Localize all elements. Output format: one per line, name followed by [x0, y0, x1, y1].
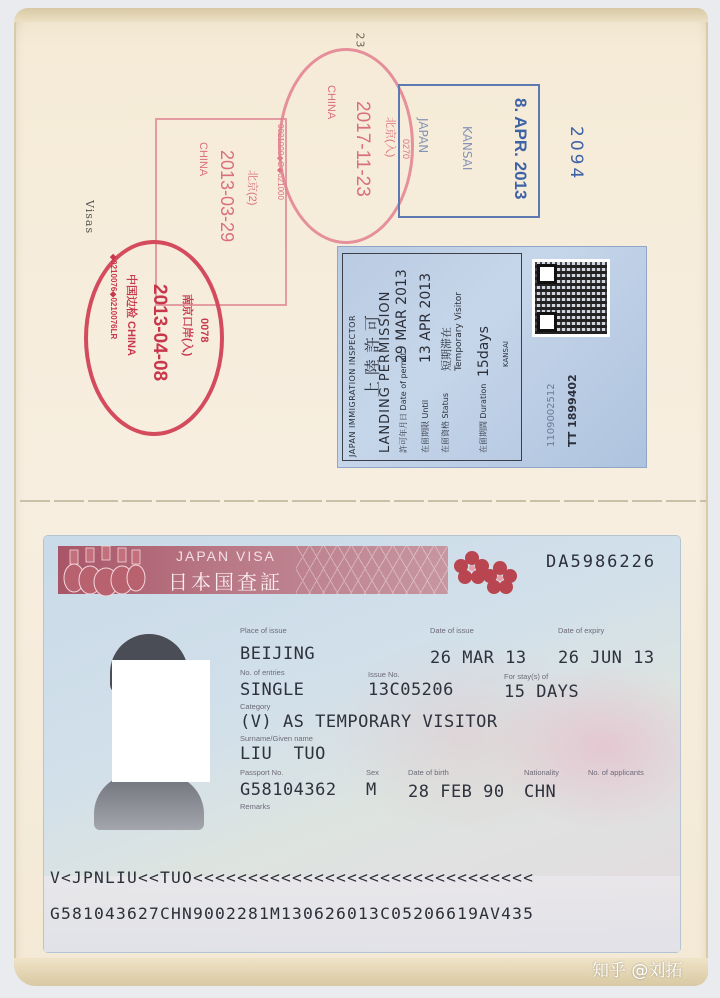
stamp-text: ◆0210076◆0210076LR: [109, 254, 118, 339]
status-jp: 短期滞在: [438, 327, 454, 371]
banner-title-jp: 日本国査証: [168, 566, 283, 595]
stamp-text: 北京(2): [245, 170, 261, 205]
date-of-permit-label: 許可年月日 Date of permit: [398, 352, 409, 453]
no-of-entries-value: SINGLE: [240, 680, 304, 700]
issue-no-value: 13C05206: [368, 680, 454, 700]
page-fold-line: [20, 500, 706, 502]
sex-value: M: [366, 780, 377, 800]
landing-title-en: LANDING PERMISSION: [378, 291, 393, 453]
stamp-date: 2017-11-23: [351, 101, 373, 197]
stamp-date: 2013-03-29: [216, 150, 237, 242]
stamp-text: 中国边检 CHINA: [124, 274, 140, 356]
for-stay-value: 15 DAYS: [504, 682, 579, 702]
status-en: Temporary Visitor: [454, 292, 464, 371]
japan-arrival-stamp: JAPAN KANSAI 8. APR. 2013 2094: [398, 84, 540, 218]
date-of-issue-label: Date of issue: [430, 626, 474, 635]
category-label: Category: [240, 702, 270, 711]
landing-header: JAPAN IMMIGRATION INSPECTOR: [348, 315, 357, 457]
for-stay-label: For stay(s) of: [504, 672, 548, 681]
duration: 15days: [476, 326, 492, 377]
stamp-text: 南京口岸(入): [180, 294, 196, 356]
banner-title-en: JAPAN VISA: [176, 548, 276, 564]
place-of-issue-value: BEIJING: [240, 644, 315, 664]
holder-photo: [94, 634, 204, 830]
china-border-stamp-oval-bottom: 2013-04-08 中国边检 CHINA 南京口岸(入) 0078 ◆0210…: [84, 240, 224, 436]
paulownia-crest-icon: [60, 544, 146, 596]
name-value: LIU TUO: [240, 744, 326, 764]
landing-permission-sticker: JAPAN IMMIGRATION INSPECTOR 上陸許可 LANDING…: [337, 246, 647, 468]
visas-label: Visas: [83, 200, 96, 234]
date-of-birth-value: 28 FEB 90: [408, 782, 505, 802]
stamp-text: JAPAN: [416, 118, 430, 153]
page-number-top: 23: [354, 33, 367, 49]
passport-no-value: G58104362: [240, 780, 337, 800]
status-label: 在留資格 Status: [440, 393, 451, 453]
stamp-text: 0078: [198, 318, 210, 342]
serial-small: 1109002512: [546, 383, 557, 447]
japan-visa-sticker: JAPAN VISA 日本国査証 DA5986226 Place of issu…: [44, 536, 680, 952]
banner-pattern: [296, 546, 448, 594]
date-of-issue-value: 26 MAR 13: [430, 648, 527, 668]
until-date: 13 APR 2013: [418, 273, 434, 363]
date-of-expiry-value: 26 JUN 13: [558, 648, 655, 668]
category-value: (V) AS TEMPORARY VISITOR: [240, 712, 498, 732]
place-of-issue-label: Place of issue: [240, 626, 287, 635]
until-label: 在留期限 Until: [420, 400, 431, 453]
stamp-text: KANSAI: [460, 126, 474, 170]
date-of-birth-label: Date of birth: [408, 768, 449, 777]
visa-number: DA5986226: [546, 552, 656, 572]
date-of-expiry-label: Date of expiry: [558, 626, 604, 635]
qr-code: [532, 259, 610, 337]
stamp-text: 北京(入): [383, 117, 399, 157]
name-label: Surname/Given name: [240, 734, 313, 743]
stamp-date: 8. APR. 2013: [510, 98, 530, 199]
stamp-date: 2013-04-08: [148, 284, 170, 381]
date-of-permit: 29 MAR 2013: [394, 269, 410, 363]
mrz-line-2: G581043627CHN9002281M130626013C05206619A…: [50, 904, 534, 923]
stamp-text: CHINA: [325, 85, 337, 119]
stamp-number: 2094: [566, 126, 586, 181]
port-of-entry: KANSAI: [502, 341, 510, 367]
photo-redaction: [112, 660, 210, 782]
serial-number: TT 1899402: [566, 374, 579, 447]
sex-label: Sex: [366, 768, 379, 777]
cherry-blossom-icon: [452, 546, 522, 596]
duration-label: 在留期間 Duration: [478, 384, 489, 453]
remarks-label: Remarks: [240, 802, 270, 811]
nationality-label: Nationality: [524, 768, 559, 777]
page-top-edge: [14, 8, 708, 22]
nationality-value: CHN: [524, 782, 556, 802]
china-border-stamp-oval-top: 2017-11-23 CHINA 北京(入) 0270: [278, 48, 414, 244]
passport-no-label: Passport No.: [240, 768, 283, 777]
stamp-text: CHINA: [197, 142, 209, 176]
no-of-applicants-label: No. of applicants: [588, 768, 644, 777]
watermark: 知乎 @刘拓: [592, 956, 682, 981]
mrz-line-1: V<JPNLIU<<TUO<<<<<<<<<<<<<<<<<<<<<<<<<<<…: [50, 868, 534, 887]
issue-no-label: Issue No.: [368, 670, 400, 679]
no-of-entries-label: No. of entries: [240, 668, 285, 677]
